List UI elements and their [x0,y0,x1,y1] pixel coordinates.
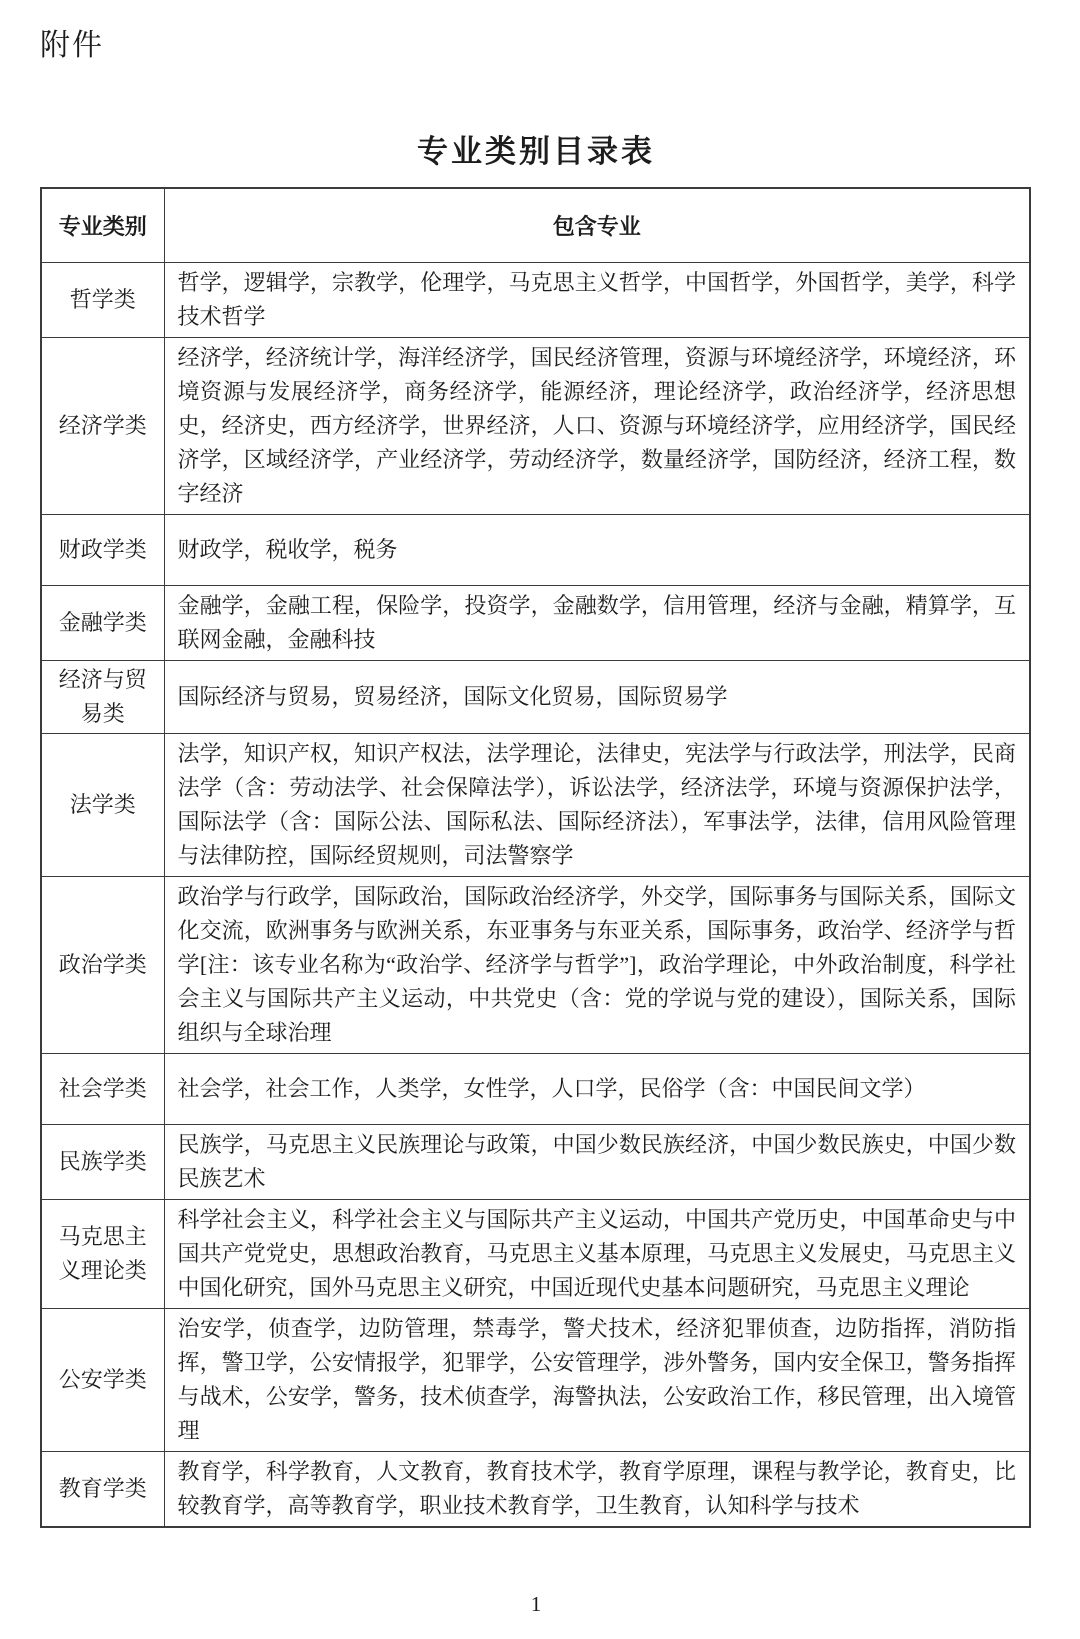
category-cell: 社会学类 [41,1053,164,1124]
table-body: 哲学类 哲学，逻辑学，宗教学，伦理学，马克思主义哲学，中国哲学，外国哲学，美学，… [41,262,1030,1527]
category-cell: 财政学类 [41,514,164,585]
category-cell: 经济学类 [41,337,164,514]
attachment-label: 附件 [40,20,104,64]
majors-cell: 法学，知识产权，知识产权法，法学理论，法律史，宪法学与行政法学，刑法学，民商法学… [164,733,1030,876]
table-row: 政治学类 政治学与行政学，国际政治，国际政治经济学，外交学，国际事务与国际关系，… [41,876,1030,1053]
header-category: 专业类别 [41,188,164,262]
majors-cell: 国际经济与贸易，贸易经济，国际文化贸易，国际贸易学 [164,660,1030,733]
majors-cell: 教育学，科学教育，人文教育，教育技术学，教育学原理，课程与教学论，教育史，比较教… [164,1451,1030,1527]
header-row: 专业类别 包含专业 [41,188,1030,262]
majors-cell: 金融学，金融工程，保险学，投资学，金融数学，信用管理，经济与金融，精算学，互联网… [164,585,1030,660]
category-cell: 政治学类 [41,876,164,1053]
majors-cell: 社会学，社会工作，人类学，女性学，人口学，民俗学（含：中国民间文学） [164,1053,1030,1124]
category-cell: 金融学类 [41,585,164,660]
table-row: 经济与贸易类 国际经济与贸易，贸易经济，国际文化贸易，国际贸易学 [41,660,1030,733]
category-cell: 教育学类 [41,1451,164,1527]
category-cell: 法学类 [41,733,164,876]
table-row: 金融学类 金融学，金融工程，保险学，投资学，金融数学，信用管理，经济与金融，精算… [41,585,1030,660]
category-cell: 马克思主义理论类 [41,1199,164,1308]
table-row: 马克思主义理论类 科学社会主义，科学社会主义与国际共产主义运动，中国共产党历史，… [41,1199,1030,1308]
major-category-table: 专业类别 包含专业 哲学类 哲学，逻辑学，宗教学，伦理学，马克思主义哲学，中国哲… [40,187,1031,1528]
category-cell: 哲学类 [41,262,164,337]
table-row: 教育学类 教育学，科学教育，人文教育，教育技术学，教育学原理，课程与教学论，教育… [41,1451,1030,1527]
majors-cell: 经济学，经济统计学，海洋经济学，国民经济管理，资源与环境经济学，环境经济，环境资… [164,337,1030,514]
page-title: 专业类别目录表 [0,126,1072,171]
majors-cell: 政治学与行政学，国际政治，国际政治经济学，外交学，国际事务与国际关系，国际文化交… [164,876,1030,1053]
majors-cell: 科学社会主义，科学社会主义与国际共产主义运动，中国共产党历史，中国革命史与中国共… [164,1199,1030,1308]
category-cell: 民族学类 [41,1124,164,1199]
table-row: 财政学类 财政学，税收学，税务 [41,514,1030,585]
majors-cell: 治安学，侦查学，边防管理，禁毒学，警犬技术，经济犯罪侦查，边防指挥，消防指挥，警… [164,1308,1030,1451]
category-cell: 公安学类 [41,1308,164,1451]
majors-cell: 哲学，逻辑学，宗教学，伦理学，马克思主义哲学，中国哲学，外国哲学，美学，科学技术… [164,262,1030,337]
table-row: 民族学类 民族学，马克思主义民族理论与政策，中国少数民族经济，中国少数民族史，中… [41,1124,1030,1199]
majors-cell: 民族学，马克思主义民族理论与政策，中国少数民族经济，中国少数民族史，中国少数民族… [164,1124,1030,1199]
header-majors: 包含专业 [164,188,1030,262]
table-header: 专业类别 包含专业 [41,188,1030,262]
table-row: 经济学类 经济学，经济统计学，海洋经济学，国民经济管理，资源与环境经济学，环境经… [41,337,1030,514]
table-row: 哲学类 哲学，逻辑学，宗教学，伦理学，马克思主义哲学，中国哲学，外国哲学，美学，… [41,262,1030,337]
page-number: 1 [0,1592,1072,1617]
table-row: 公安学类 治安学，侦查学，边防管理，禁毒学，警犬技术，经济犯罪侦查，边防指挥，消… [41,1308,1030,1451]
table-row: 社会学类 社会学，社会工作，人类学，女性学，人口学，民俗学（含：中国民间文学） [41,1053,1030,1124]
category-cell: 经济与贸易类 [41,660,164,733]
table-row: 法学类 法学，知识产权，知识产权法，法学理论，法律史，宪法学与行政法学，刑法学，… [41,733,1030,876]
majors-cell: 财政学，税收学，税务 [164,514,1030,585]
